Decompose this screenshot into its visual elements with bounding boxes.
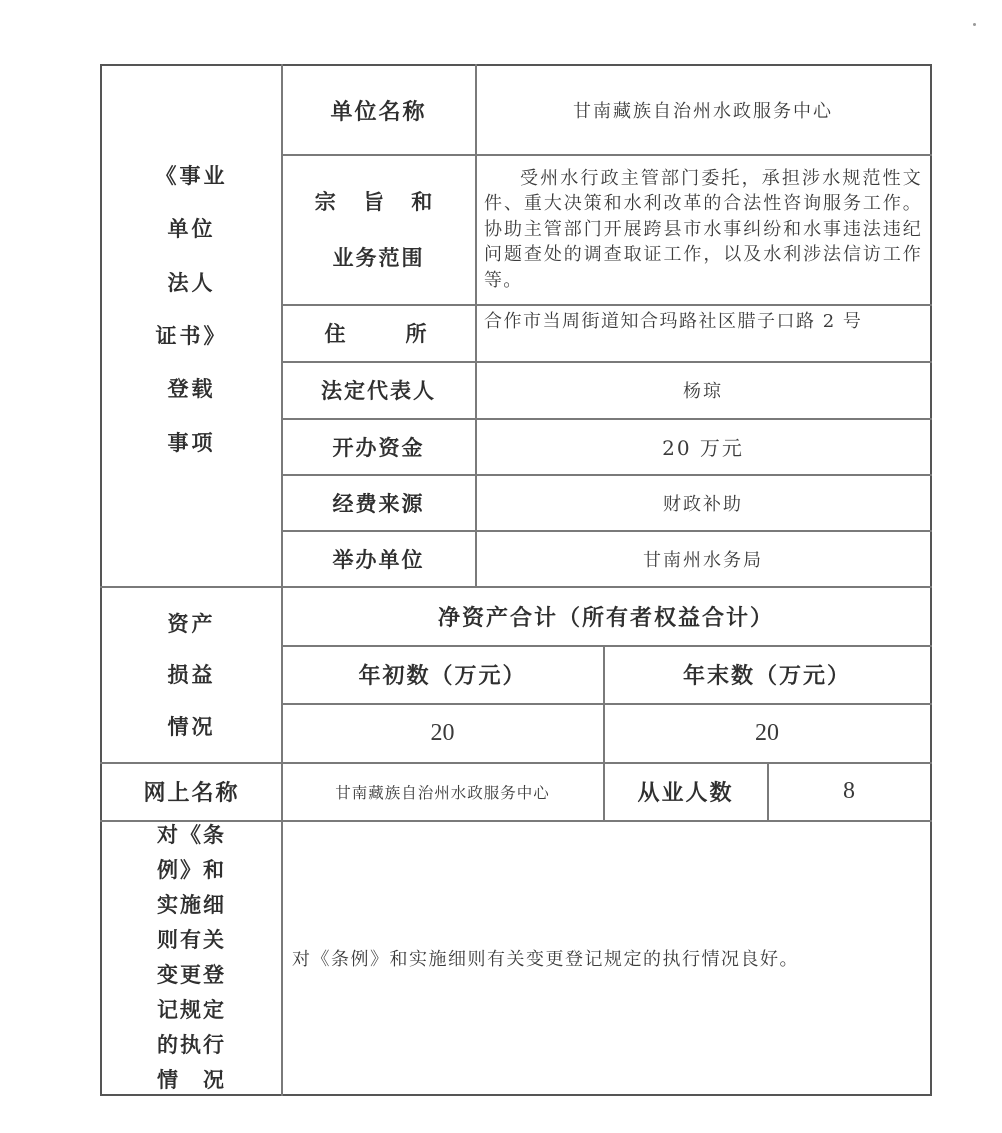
title-line: 单位 bbox=[168, 213, 216, 266]
title-line: 事项 bbox=[168, 427, 216, 480]
purpose-scope-value: 受州水行政主管部门委托，承担涉水规范性文件、重大决策和水利改革的合法性咨询服务工… bbox=[476, 155, 930, 304]
title-line: 变更登 bbox=[157, 958, 226, 993]
assets-section-title: 资产 损益 情况 bbox=[102, 587, 281, 762]
legal-rep-label: 法定代表人 bbox=[282, 362, 475, 418]
title-line: 登载 bbox=[168, 373, 216, 426]
staff-count-label: 从业人数 bbox=[604, 763, 767, 820]
title-line: 例》和 bbox=[157, 853, 226, 888]
scan-speck bbox=[973, 23, 976, 26]
year-start-header: 年初数（万元） bbox=[282, 646, 603, 703]
title-line: 证书》 bbox=[156, 320, 228, 373]
year-end-value: 20 bbox=[604, 704, 930, 762]
title-line: 对《条 bbox=[157, 818, 226, 853]
unit-name-value: 甘南藏族自治州水政服务中心 bbox=[476, 66, 930, 154]
sponsor-value: 甘南州水务局 bbox=[476, 531, 930, 586]
registration-section-title: 《事业 单位 法人 证书》 登载 事项 bbox=[102, 160, 281, 480]
purpose-scope-text: 受州水行政主管部门委托，承担涉水规范性文件、重大决策和水利改革的合法性咨询服务工… bbox=[484, 166, 922, 294]
title-line: 的执行 bbox=[157, 1028, 226, 1063]
online-name-value: 甘南藏族自治州水政服务中心 bbox=[282, 763, 603, 820]
label-line: 业务范围 bbox=[333, 230, 425, 286]
address-value: 合作市当周街道知合玛路社区腊子口路 2 号 bbox=[476, 305, 930, 361]
staff-count-value: 8 bbox=[768, 763, 930, 820]
purpose-scope-label: 宗 旨 和 业务范围 bbox=[282, 155, 475, 304]
unit-name-label: 单位名称 bbox=[282, 66, 475, 154]
year-end-header: 年末数（万元） bbox=[604, 646, 930, 703]
address-label: 住 所 bbox=[282, 305, 475, 361]
legal-rep-value: 杨琼 bbox=[476, 362, 930, 418]
capital-value: 20 万元 bbox=[476, 419, 930, 474]
title-line: 实施细 bbox=[157, 888, 226, 923]
title-line: 损益 bbox=[168, 659, 216, 689]
title-line: 《事业 bbox=[156, 160, 228, 213]
title-line: 情 况 bbox=[157, 1063, 226, 1098]
funding-source-value: 财政补助 bbox=[476, 475, 930, 530]
sponsor-label: 举办单位 bbox=[282, 531, 475, 586]
funding-source-label: 经费来源 bbox=[282, 475, 475, 530]
title-line: 法人 bbox=[168, 267, 216, 320]
label-line: 宗 旨 和 bbox=[315, 174, 443, 230]
title-line: 记规定 bbox=[157, 993, 226, 1028]
net-assets-header: 净资产合计（所有者权益合计） bbox=[282, 587, 930, 645]
compliance-section-title: 对《条 例》和 实施细 则有关 变更登 记规定 的执行 情 况 bbox=[102, 821, 281, 1094]
capital-label: 开办资金 bbox=[282, 419, 475, 474]
title-line: 则有关 bbox=[157, 923, 226, 958]
online-name-label: 网上名称 bbox=[102, 763, 281, 820]
compliance-value: 对《条例》和实施细则有关变更登记规定的执行情况良好。 bbox=[282, 821, 930, 1094]
title-line: 资产 bbox=[168, 608, 216, 638]
year-start-value: 20 bbox=[282, 704, 603, 762]
title-line: 情况 bbox=[168, 711, 216, 741]
